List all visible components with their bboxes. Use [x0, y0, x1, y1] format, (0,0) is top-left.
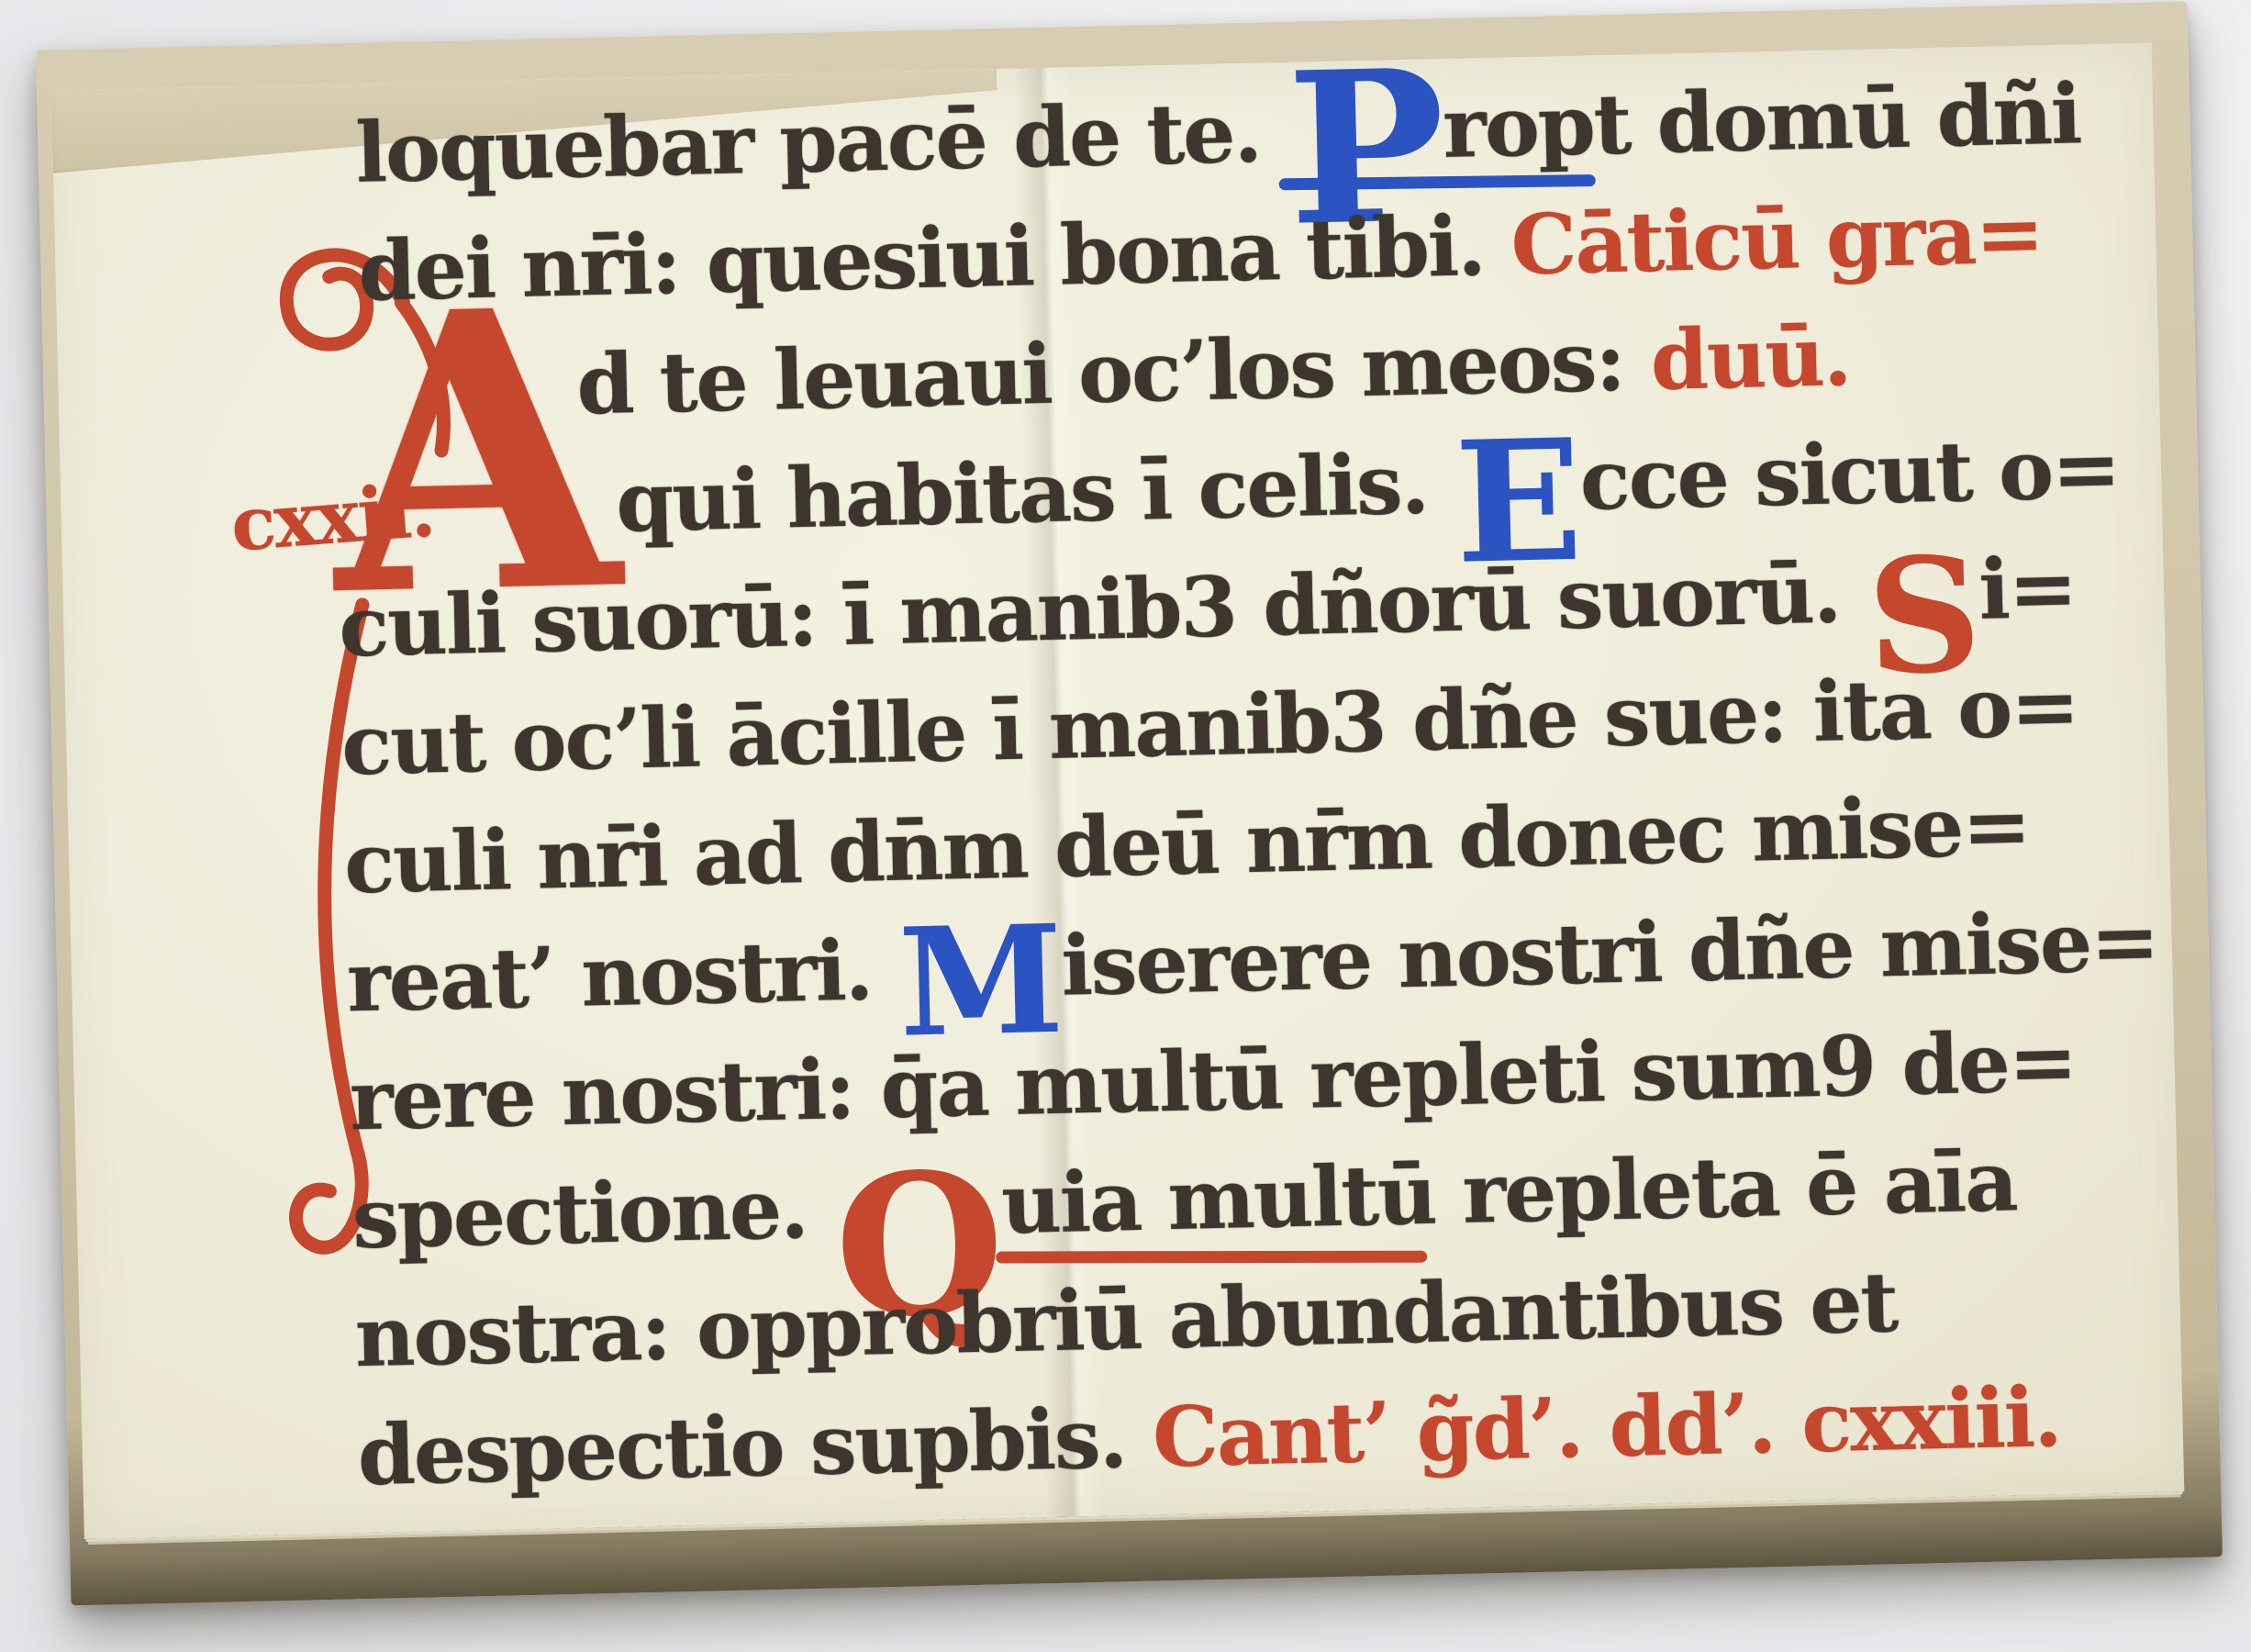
line-text: reat’ nostri. — [346, 921, 899, 1032]
line-text: culi suorū: ī manib3 dñorū suorū. — [338, 544, 1867, 676]
line-text: spectione. — [351, 1159, 835, 1267]
line-text: despectio supbis. — [357, 1390, 1154, 1505]
rubric-text: Cāticū gra= — [1510, 184, 2044, 294]
line-text: qui habitas ī celis. — [615, 435, 1455, 552]
line-text: nostra: opprobriū abundantibus et — [354, 1254, 1898, 1386]
rubric-text: duū. — [1650, 307, 1851, 409]
book: cxxii. A loquebar pacē de te. Propt domū… — [36, 2, 2223, 1606]
line-text: iserere nostri dñe mise= — [1060, 893, 2158, 1015]
rubric-text: Cant’ g̃d’. dd’. cxxiii. — [1152, 1368, 2062, 1486]
line-text: uia multū repleta ē aīa — [1000, 1133, 2017, 1253]
line-text: i= — [1978, 540, 2077, 639]
line-text: loquebar pacē de te. — [355, 84, 1289, 202]
text-block: loquebar pacē de te. Propt domū dñi dei … — [327, 54, 2157, 1515]
line-text: cce sicut o= — [1579, 419, 2121, 529]
photo-backdrop: cxxii. A loquebar pacē de te. Propt domū… — [0, 0, 2251, 1652]
page: cxxii. A loquebar pacē de te. Propt domū… — [51, 43, 2184, 1540]
line-text: dei nr̄i: quesiui bona tibi. — [357, 196, 1511, 319]
line-text: ropt domū dñi — [1442, 65, 2081, 177]
